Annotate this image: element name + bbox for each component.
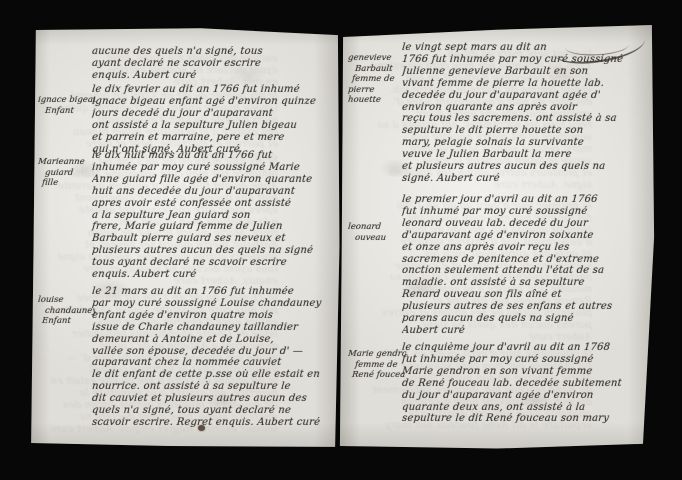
manuscript-line: nourrice. ont assisté à sa sepulture le <box>91 381 338 393</box>
manuscript-line: enquis. Aubert curé <box>91 269 338 281</box>
manuscript-line: vivant femme de pierre la houette lab. <box>401 78 648 90</box>
manuscript-line: parens aucun des quels na signé <box>401 313 648 325</box>
manuscript-line: auparavant chez la nommée cauviet <box>91 357 338 369</box>
manuscript-line: le premier jour d'avril au dit an 1766 <box>401 194 648 206</box>
manuscript-line: ignace bigeau enfant agé d'environ quinz… <box>91 96 338 108</box>
manuscript-line: issue de Charle chandauney taillandier <box>91 322 338 334</box>
manuscript-line: plusieurs autres de ses enfans et autres <box>401 301 648 313</box>
manuscript-scan: aucune des quels n'a signé, tousayant de… <box>0 0 682 480</box>
manuscript-line: aucune des quels n'a signé, tous <box>91 46 338 58</box>
manuscript-line: plusieurs autres aucun des quels na sign… <box>91 245 338 257</box>
burial-entry: le dix huit mars au dit an 1766 futinhum… <box>92 150 338 281</box>
manuscript-line: jours decedé du jour d'auparavant <box>91 108 338 120</box>
manuscript-line: fut inhumée par moy curé soussigné <box>401 354 648 366</box>
manuscript-line: Marie gendron en son vivant femme <box>401 366 648 378</box>
manuscript-line: signé. Aubert curé <box>401 173 648 185</box>
manuscript-line: enquis. Aubert curé <box>91 70 338 82</box>
manuscript-line: par moy curé soussigné Louise chandauney <box>91 298 338 310</box>
entries-column: aucune des quels n'a signé, tousayant de… <box>28 24 342 452</box>
manuscript-line: frere, Marie guiard femme de Julien <box>91 221 338 233</box>
manuscript-line: reçu tous les sacremens. ont assisté à s… <box>401 113 648 125</box>
manuscript-line: onction seulement attendu l'état de sa <box>401 265 648 277</box>
manuscript-line: ont assisté a la sepulture Julien bigeau <box>91 120 338 132</box>
manuscript-line: du jour d'auparavant agée d'environ <box>401 390 648 402</box>
manuscript-line: et plusieurs autres aucun des quels na <box>401 161 648 173</box>
manuscript-line: demeurant à Antoine et de Louise, <box>91 334 338 346</box>
manuscript-line: inhumée par moy curé soussigné Marie <box>91 162 338 174</box>
manuscript-line: environ quarante ans après avoir <box>401 102 648 114</box>
manuscript-line: ayant declaré ne scavoir escrire <box>91 58 338 70</box>
manuscript-line: le 21 mars au dit an 1766 fut inhumée <box>91 286 338 298</box>
manuscript-line: a la sepulture Jean guiard son <box>91 210 338 222</box>
entries-column: le vingt sept mars au dit an1766 fut inh… <box>338 22 656 452</box>
manuscript-line: enfant agée d'environ quatre mois <box>91 310 338 322</box>
manuscript-line: sepulture le dit pierre houette son <box>401 125 648 137</box>
manuscript-line: scavoir escrire. Regret enquis. Aubert c… <box>91 417 338 429</box>
manuscript-line: le cinquième jour d'avril au dit an 1768 <box>401 342 648 354</box>
manuscript-line: Aubert curé <box>401 325 648 337</box>
manuscript-line: d'auparavant agé d'environ soixante <box>401 230 648 242</box>
manuscript-line: leonard ouveau lab. decedé du jour <box>401 218 648 230</box>
manuscript-page-left: aucune des quels n'a signé, tousayant de… <box>28 24 342 452</box>
manuscript-line: le dix huit mars au dit an 1766 fut <box>91 150 338 162</box>
burial-entry: le dix fevrier au dit an 1766 fut inhumé… <box>92 84 338 155</box>
manuscript-line: mary, pelagie solnais la survivante <box>401 137 648 149</box>
manuscript-line: veuve le Julien Barbault la mere <box>401 149 648 161</box>
manuscript-line: le dit enfant de cette p.sse où elle est… <box>91 369 338 381</box>
burial-entry: le premier jour d'avril au dit an 1766fu… <box>402 194 648 337</box>
burial-entry: aucune des quels n'a signé, tousayant de… <box>92 46 338 82</box>
manuscript-line: et onze ans après avoir reçu les <box>401 242 648 254</box>
manuscript-line: maladie. ont assisté à sa sepulture <box>401 277 648 289</box>
manuscript-line: quarante deux ans, ont assisté à la <box>401 402 648 414</box>
manuscript-line: fut inhumé par moy curé soussigné <box>401 206 648 218</box>
manuscript-line: huit ans decedée du jour d'auparavant <box>91 186 338 198</box>
manuscript-line: de René fouceau lab. decedée subitement <box>401 378 648 390</box>
manuscript-line: Anne guiard fille agée d'environ quarant… <box>91 174 338 186</box>
manuscript-line: et parrein et marraine, pere et mere <box>91 132 338 144</box>
manuscript-line: tous ayant declaré ne scavoir escrire <box>91 257 338 269</box>
manuscript-line: Renard ouveau son fils aîné et <box>401 289 648 301</box>
manuscript-line: dit cauviet et plusieurs autres aucun de… <box>91 393 338 405</box>
manuscript-line: vallée son épouse, decedée du jour d' — <box>91 346 338 358</box>
manuscript-line: Barbault pierre guiard ses neveux et <box>91 233 338 245</box>
manuscript-line: le dix fevrier au dit an 1766 fut inhumé <box>91 84 338 96</box>
manuscript-line: Julienne genevieve Barbault en son <box>401 66 648 78</box>
manuscript-line: sepulture le dit René fouceau son mary <box>401 413 648 425</box>
manuscript-line: decedée du jour d'auparavant agée d' <box>401 90 648 102</box>
manuscript-line: sacremens de penitence et d'extreme <box>401 254 648 266</box>
manuscript-page-right: le vingt sept mars au dit an1766 fut inh… <box>338 22 656 452</box>
ink-spot <box>198 425 205 431</box>
manuscript-line: quels n'a signé, tous ayant declaré ne <box>91 405 338 417</box>
burial-entry: le vingt sept mars au dit an1766 fut inh… <box>402 42 648 185</box>
burial-entry: le cinquième jour d'avril au dit an 1768… <box>402 342 648 425</box>
burial-entry: le 21 mars au dit an 1766 fut inhuméepar… <box>92 286 338 429</box>
manuscript-line: apres avoir esté confessée ont assisté <box>91 198 338 210</box>
